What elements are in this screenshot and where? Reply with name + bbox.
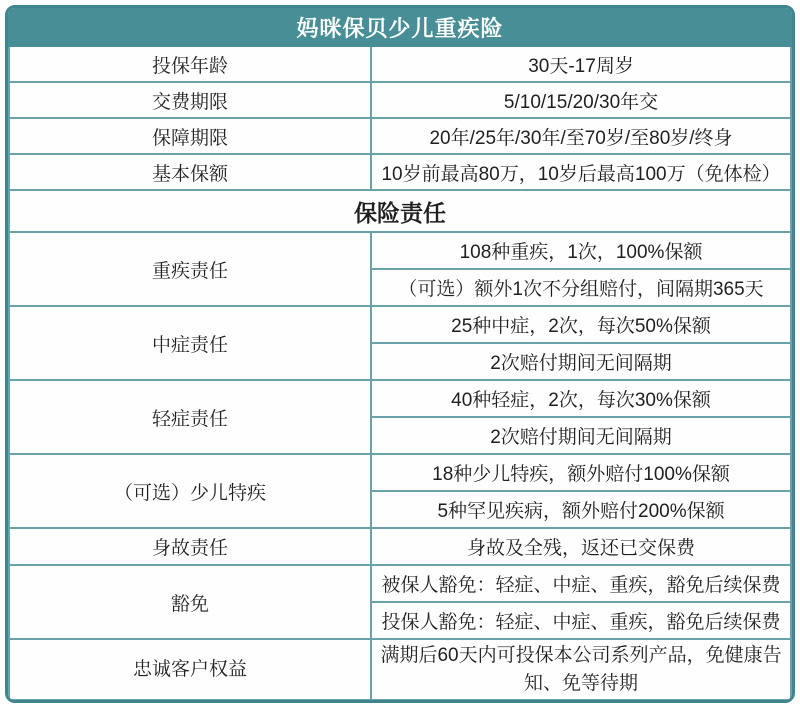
row-value: 25种中症，2次，每次50%保额 bbox=[371, 306, 791, 343]
row-value: 5/10/15/20/30年交 bbox=[371, 82, 791, 118]
row-value: 2次赔付期间无间隔期 bbox=[371, 417, 791, 454]
row-value: 投保人豁免：轻症、中症、重疾，豁免后续保费 bbox=[371, 602, 791, 639]
row-value: 满期后60天内可投保本公司系列产品，免健康告知、免等待期 bbox=[371, 639, 791, 700]
table-row: 妈咪保贝少儿重疾险 bbox=[9, 9, 791, 46]
row-label: 身故责任 bbox=[9, 528, 371, 565]
row-value: 40种轻症，2次，每次30%保额 bbox=[371, 380, 791, 417]
table-row: 重疾责任 108种重疾，1次，100%保额 bbox=[9, 232, 791, 269]
row-label: 保障期限 bbox=[9, 118, 371, 154]
insurance-summary-card: 妈咪保贝少儿重疾险 投保年龄 30天-17周岁 交费期限 5/10/15/20/… bbox=[5, 5, 795, 703]
insurance-table: 妈咪保贝少儿重疾险 投保年龄 30天-17周岁 交费期限 5/10/15/20/… bbox=[8, 8, 792, 701]
row-value: 2次赔付期间无间隔期 bbox=[371, 343, 791, 380]
row-value: 20年/25年/30年/至70岁/至80岁/终身 bbox=[371, 118, 791, 154]
row-label: 重疾责任 bbox=[9, 232, 371, 306]
row-value: 108种重疾，1次，100%保额 bbox=[371, 232, 791, 269]
row-value: 5种罕见疾病，额外赔付200%保额 bbox=[371, 491, 791, 528]
row-label: 忠诚客户权益 bbox=[9, 639, 371, 700]
table-row: 保障期限 20年/25年/30年/至70岁/至80岁/终身 bbox=[9, 118, 791, 154]
row-value: 被保人豁免：轻症、中症、重疾，豁免后续保费 bbox=[371, 565, 791, 602]
product-title: 妈咪保贝少儿重疾险 bbox=[9, 9, 791, 46]
table-row: 保险责任 bbox=[9, 190, 791, 232]
table-row: 投保年龄 30天-17周岁 bbox=[9, 46, 791, 82]
row-label: 轻症责任 bbox=[9, 380, 371, 454]
row-value: 18种少儿特疾，额外赔付100%保额 bbox=[371, 454, 791, 491]
row-value: 10岁前最高80万，10岁后最高100万（免体检） bbox=[371, 154, 791, 190]
table-row: 忠诚客户权益 满期后60天内可投保本公司系列产品，免健康告知、免等待期 bbox=[9, 639, 791, 700]
table-row: 中症责任 25种中症，2次，每次50%保额 bbox=[9, 306, 791, 343]
row-value: （可选）额外1次不分组赔付，间隔期365天 bbox=[371, 269, 791, 306]
table-row: 基本保额 10岁前最高80万，10岁后最高100万（免体检） bbox=[9, 154, 791, 190]
section-header: 保险责任 bbox=[9, 190, 791, 232]
table-row: 豁免 被保人豁免：轻症、中症、重疾，豁免后续保费 bbox=[9, 565, 791, 602]
row-value: 30天-17周岁 bbox=[371, 46, 791, 82]
table-row: 轻症责任 40种轻症，2次，每次30%保额 bbox=[9, 380, 791, 417]
row-label: 基本保额 bbox=[9, 154, 371, 190]
row-label: 投保年龄 bbox=[9, 46, 371, 82]
row-label: （可选）少儿特疾 bbox=[9, 454, 371, 528]
table-row: 交费期限 5/10/15/20/30年交 bbox=[9, 82, 791, 118]
row-label: 豁免 bbox=[9, 565, 371, 639]
row-label: 中症责任 bbox=[9, 306, 371, 380]
table-row: 身故责任 身故及全残，返还已交保费 bbox=[9, 528, 791, 565]
row-label: 交费期限 bbox=[9, 82, 371, 118]
row-value: 身故及全残，返还已交保费 bbox=[371, 528, 791, 565]
table-row: （可选）少儿特疾 18种少儿特疾，额外赔付100%保额 bbox=[9, 454, 791, 491]
